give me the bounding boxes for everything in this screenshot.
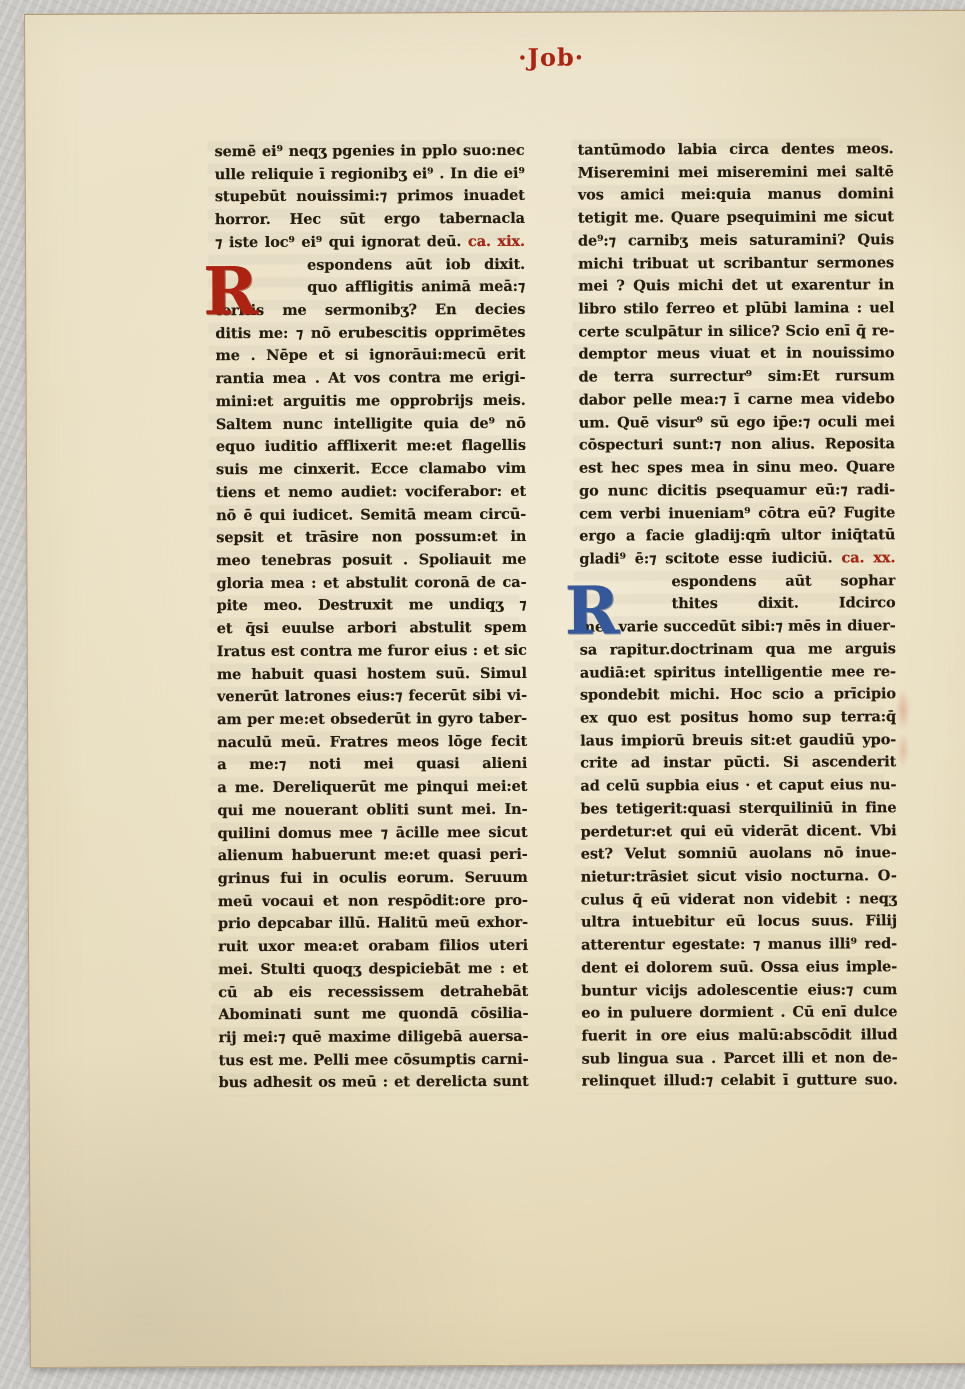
text-line: tiens et nemo audiet: vociferabor: et xyxy=(216,481,526,505)
text-line: me . Nēpe et si ignorāui:mecū erit igno- xyxy=(215,344,525,368)
text-line: tantūmodo labia circa dentes meos. xyxy=(578,138,894,162)
text-line: bus adhesit os meū : et derelicta sunt xyxy=(219,1071,529,1095)
text-line: am per me:et obsederūt in gyro taber- xyxy=(217,708,527,732)
text-line: sa rapitur.doctrinam qua me arguis xyxy=(580,638,896,662)
line-text: bus adhesit os meū : et derelicta sunt xyxy=(219,1073,529,1091)
line-text: ultra intuebitur eū locus suus. Filij ei… xyxy=(581,913,897,935)
text-line: relinquet illud:⁊ celabit ī gutture suo. xyxy=(582,1070,898,1094)
text-line: cem verbi inueniam⁹ cōtra eū? Fugite xyxy=(579,502,895,526)
line-text: Miseremini mei miseremini mei saltē xyxy=(578,163,894,181)
running-title: ·Job· xyxy=(491,42,611,72)
line-text: ruit uxor mea:et orabam filios uteri xyxy=(218,937,528,955)
text-line: quo affligitis animā meā:⁊ at- xyxy=(215,276,525,300)
line-text: pite meo. Destruxit me undiqʒ ⁊ pereo: xyxy=(217,596,527,618)
line-text: ad celū supbia eius · et caput eius nu- xyxy=(580,776,896,794)
line-text: fuerit in ore eius malū:abscōdit illud xyxy=(581,1026,897,1044)
text-line: venerūt latrones eius:⁊ fecerūt sibi vi- xyxy=(217,685,527,709)
text-line: ⁊ iste loc⁹ ei⁹ qui ignorat deū. ca. xix… xyxy=(215,231,525,255)
line-text: certe sculpātur in silice? Scio enī q̄ r… xyxy=(578,322,894,340)
line-text: naculū meū. Fratres meos lōge fecit xyxy=(217,732,527,750)
text-line: ad celū supbia eius · et caput eius nu- xyxy=(580,774,896,798)
text-line: semē ei⁹ neqʒ pgenies in pplo suo:nec xyxy=(215,140,525,164)
text-line: prio depcabar illū. Halitū meū exhor- xyxy=(218,912,528,936)
line-text: meū vocaui et non respōdit:ore pro- xyxy=(218,892,528,910)
line-text: vos amici mei:quia manus domini xyxy=(578,186,894,204)
text-line: et q̄si euulse arbori abstulit spem meā. xyxy=(217,617,527,641)
line-text: ulle reliquie ī regionibʒ ei⁹ . In die e… xyxy=(215,165,525,183)
line-text: libro stilo ferreo et plūbi lamina : uel xyxy=(578,299,894,317)
line-text: thites dixit. Idcirco cogitatōnes xyxy=(672,595,896,617)
text-line: grinus fui in oculis eorum. Seruum xyxy=(218,867,528,891)
line-text: est hec spes mea in sinu meo. Quare er- xyxy=(579,458,895,480)
line-text: michi tribuat ut scribantur sermones xyxy=(578,254,894,272)
text-line: mee varie succedūt sibi:⁊ mēs in diuer- xyxy=(580,615,896,639)
text-line: rantia mea . At vos contra me erigi- xyxy=(216,367,526,391)
chapter-mark: ca. xix. xyxy=(468,233,525,250)
line-text: sepsit et trāsire non possum:et in calle xyxy=(216,528,526,550)
text-line: stupebūt nouissimi:⁊ primos inuadet xyxy=(215,185,525,209)
line-text: a me:⁊ noti mei quasi alieni recesserūt xyxy=(217,755,527,777)
line-text: prio depcabar illū. Halitū meū exhor- xyxy=(218,914,528,932)
line-text: rantia mea . At vos contra me erigi- xyxy=(216,369,526,387)
line-text: ergo a facie gladij:qm̄ ultor iniq̄tatū xyxy=(579,526,895,544)
line-text: am per me:et obsederūt in gyro taber- xyxy=(217,710,527,728)
text-line: ruit uxor mea:et orabam filios uteri xyxy=(218,935,528,959)
text-line: me habuit quasi hostem suū. Simul xyxy=(217,662,527,686)
text-line: naculū meū. Fratres meos lōge fecit xyxy=(217,730,527,754)
line-text: buntur vicijs adolescentie eius:⁊ cum xyxy=(581,981,897,999)
text-line: espondens aūt iob dixit. Vsque- xyxy=(215,253,525,277)
text-column-right: tantūmodo labia circa dentes meos.Misere… xyxy=(578,138,898,1094)
text-line: qui me nouerant obliti sunt mei. In- xyxy=(217,799,527,823)
text-line: michi tribuat ut scribantur sermones xyxy=(578,252,894,276)
text-line: ergo a facie gladij:qm̄ ultor iniq̄tatū xyxy=(579,524,895,548)
line-text: gladi⁹ ē:⁊ scitote esse iudiciū. xyxy=(579,549,832,567)
text-line: culus q̄ eū viderat non videbit : neqʒ xyxy=(581,888,897,912)
chapter-mark: ca. xx. xyxy=(841,549,895,566)
text-line: rij mei:⁊ quē maxime diligebā auersa- xyxy=(218,1026,528,1050)
line-text: espondens aūt sophar naama- xyxy=(671,572,895,594)
line-text: suis me cinxerit. Ecce clamabo vim pa- xyxy=(216,460,526,482)
line-text: mei ? Quis michi det ut exarentur in xyxy=(578,277,894,295)
line-text: cōspecturi sunt:⁊ non alius. Reposita xyxy=(579,436,895,454)
text-line: perdetur:et qui eū viderāt dicent. Vbi xyxy=(581,820,897,844)
text-line: ultra intuebitur eū locus suus. Filij ei… xyxy=(581,911,897,935)
line-text: relinquet illud:⁊ celabit ī gutture suo. xyxy=(582,1072,898,1090)
line-text: nietur:trāsiet sicut visio nocturna. O- xyxy=(581,867,897,885)
line-text: stupebūt nouissimi:⁊ primos inuadet xyxy=(215,187,525,205)
line-text: ditis me: ⁊ nō erubescitis opprimētes xyxy=(215,324,525,342)
line-text: go nunc dicitis psequamur eū:⁊ radi- xyxy=(579,481,895,499)
line-text: horror. Hec sūt ergo tabernacla iniqui: xyxy=(215,210,525,232)
text-line: horror. Hec sūt ergo tabernacla iniqui: xyxy=(215,208,525,232)
line-text: tiens et nemo audiet: vociferabor: et xyxy=(216,483,526,501)
text-line: dabor pelle mea:⁊ ī carne mea videbo de- xyxy=(579,388,895,412)
text-line: Saltem nunc intelligite quia de⁹ nō xyxy=(216,412,526,436)
line-text: spondebit michi. Hoc scio a prīcipio xyxy=(580,685,896,703)
line-text: quilini domus mee ⁊ ācille mee sicut xyxy=(218,823,528,841)
line-text: Iratus est contra me furor eius : et sic xyxy=(217,642,527,660)
text-line: tus est me. Pelli mee cōsumptis carni- xyxy=(219,1049,529,1073)
text-line: espondens aūt sophar naama- xyxy=(579,570,895,594)
line-text: tetigit me. Quare psequimini me sicut xyxy=(578,208,894,226)
line-text: sub lingua sua . Parcet illi et non de- xyxy=(582,1049,898,1067)
line-text: et q̄si euulse arbori abstulit spem meā. xyxy=(217,619,527,641)
line-text: cū ab eis recessissem detrahebāt michi. xyxy=(218,982,528,1004)
line-text: de⁹:⁊ carnibʒ meis saturamini? Quis xyxy=(578,231,894,249)
text-line: de terra surrectur⁹ sim:Et rursum circū- xyxy=(579,365,895,389)
line-text: semē ei⁹ neqʒ pgenies in pplo suo:nec xyxy=(215,142,525,160)
text-line: de⁹:⁊ carnibʒ meis saturamini? Quis xyxy=(578,229,894,253)
line-text: dabor pelle mea:⁊ ī carne mea videbo de- xyxy=(579,390,895,412)
text-line: pite meo. Destruxit me undiqʒ ⁊ pereo: xyxy=(217,594,527,618)
line-text: gloria mea : et abstulit coronā de ca- xyxy=(216,573,526,591)
text-line: eo in puluere dormient . Cū enī dulce xyxy=(581,1002,897,1026)
text-line: alienum habuerunt me:et quasi peri- xyxy=(218,844,528,868)
line-text: ⁊ iste loc⁹ ei⁹ qui ignorat deū. xyxy=(215,233,461,251)
line-text: cem verbi inueniam⁹ cōtra eū? Fugite xyxy=(579,504,895,522)
line-text: a me. Dereliquerūt me pinqui mei:et xyxy=(217,778,527,796)
text-line: suis me cinxerit. Ecce clamabo vim pa- xyxy=(216,458,526,482)
line-text: quo affligitis animā meā:⁊ at- xyxy=(307,278,525,300)
text-line: nietur:trāsiet sicut visio nocturna. O- xyxy=(581,865,897,889)
text-line: gladi⁹ ē:⁊ scitote esse iudiciū. ca. xx. xyxy=(579,547,895,571)
text-line: Iratus est contra me furor eius : et sic xyxy=(217,640,527,664)
line-text: um. Quē visur⁹ sū ego ip̄e:⁊ oculi mei xyxy=(579,413,895,431)
rubricated-initial-blue: R xyxy=(564,577,619,643)
text-line: mei. Stulti quoqʒ despiciebāt me : et xyxy=(218,958,528,982)
text-line: mei ? Quis michi det ut exarentur in xyxy=(578,275,894,299)
text-line: sepsit et trāsire non possum:et in calle xyxy=(216,526,526,550)
line-text: crite ad instar pūcti. Si ascenderit usq… xyxy=(580,754,896,776)
line-text: qui me nouerant obliti sunt mei. In- xyxy=(217,801,527,819)
line-text: tantūmodo labia circa dentes meos. xyxy=(578,140,894,158)
line-text: Abominati sunt me quondā cōsilia- xyxy=(218,1005,528,1023)
text-line: cū ab eis recessissem detrahebāt michi. xyxy=(218,980,528,1004)
text-line: Miseremini mei miseremini mei saltē xyxy=(578,161,894,185)
text-line: gloria mea : et abstulit coronā de ca- xyxy=(216,571,526,595)
line-text: mee varie succedūt sibi:⁊ mēs in diuer- xyxy=(580,617,896,635)
text-line: spondebit michi. Hoc scio a prīcipio xyxy=(580,683,896,707)
photo-background: ·Job· semē ei⁹ neqʒ pgenies in pplo suo:… xyxy=(0,0,965,1389)
text-line: sub lingua sua . Parcet illi et non de- xyxy=(582,1047,898,1071)
text-line: teritis me sermonibʒ? En decies cōfun- xyxy=(215,299,525,323)
text-line: meū vocaui et non respōdit:ore pro- xyxy=(218,890,528,914)
text-line: ditis me: ⁊ nō erubescitis opprimētes xyxy=(215,322,525,346)
line-text: laus impiorū breuis sit:et gaudiū ypo- xyxy=(580,731,896,749)
line-text: teritis me sermonibʒ? En decies cōfun- xyxy=(215,301,525,323)
text-line: laus impiorū breuis sit:et gaudiū ypo- xyxy=(580,729,896,753)
line-text: me . Nēpe et si ignorāui:mecū erit igno- xyxy=(215,346,525,368)
line-text: Saltem nunc intelligite quia de⁹ nō xyxy=(216,414,526,432)
text-line: um. Quē visur⁹ sū ego ip̄e:⁊ oculi mei xyxy=(579,411,895,435)
text-line: nō ē qui iudicet. Semitā meam circū- xyxy=(216,503,526,527)
line-text: perdetur:et qui eū viderāt dicent. Vbi xyxy=(581,822,897,840)
line-text: mei. Stulti quoqʒ despiciebāt me : et xyxy=(218,960,528,978)
line-text: demptor meus viuat et in nouissimo xyxy=(578,345,894,363)
text-line: cōspecturi sunt:⁊ non alius. Reposita xyxy=(579,434,895,458)
text-line: atterentur egestate: ⁊ manus illi⁹ red- xyxy=(581,933,897,957)
text-line: a me. Dereliquerūt me pinqui mei:et xyxy=(217,776,527,800)
line-text: dent ei dolorem suū. Ossa eius imple- xyxy=(581,958,897,976)
red-margin-show-through xyxy=(892,687,914,777)
text-line: fuerit in ore eius malū:abscōdit illud xyxy=(581,1024,897,1048)
line-text: alienum habuerunt me:et quasi peri- xyxy=(218,846,528,864)
line-text: nō ē qui iudicet. Semitā meam circū- xyxy=(216,505,526,523)
text-line: demptor meus viuat et in nouissimo xyxy=(578,343,894,367)
text-line: crite ad instar pūcti. Si ascenderit usq… xyxy=(580,752,896,776)
text-line: ex quo est positus homo sup terra:q̄ xyxy=(580,706,896,730)
line-text: eo in puluere dormient . Cū enī dulce xyxy=(581,1004,897,1022)
text-line: audiā:et spiritus intelligentie mee re- xyxy=(580,661,896,685)
manuscript-leaf: ·Job· semē ei⁹ neqʒ pgenies in pplo suo:… xyxy=(24,10,965,1368)
text-line: vos amici mei:quia manus domini xyxy=(578,184,894,208)
text-line: Abominati sunt me quondā cōsilia- xyxy=(218,1003,528,1027)
line-text: est? Velut somniū auolans nō inue- xyxy=(581,844,897,862)
text-line: libro stilo ferreo et plūbi lamina : uel xyxy=(578,297,894,321)
line-text: bes tetigerit:quasi sterquiliniū in fine xyxy=(580,799,896,817)
line-text: culus q̄ eū viderat non videbit : neqʒ xyxy=(581,890,897,908)
line-text: me habuit quasi hostem suū. Simul xyxy=(217,664,527,682)
line-text: mini:et arguitis me opprobrijs meis. xyxy=(216,392,526,410)
text-column-left: semē ei⁹ neqʒ pgenies in pplo suo:necull… xyxy=(215,140,529,1096)
line-text: espondens aūt iob dixit. Vsque- xyxy=(307,255,525,277)
line-text: ex quo est positus homo sup terra:q̄ xyxy=(580,708,896,726)
rubricated-initial-red: R xyxy=(203,258,258,324)
line-text: atterentur egestate: ⁊ manus illi⁹ red- xyxy=(581,935,897,953)
text-line: bes tetigerit:quasi sterquiliniū in fine xyxy=(580,797,896,821)
line-text: venerūt latrones eius:⁊ fecerūt sibi vi- xyxy=(217,687,527,705)
text-line: ulle reliquie ī regionibʒ ei⁹ . In die e… xyxy=(215,163,525,187)
text-line: thites dixit. Idcirco cogitatōnes xyxy=(580,593,896,617)
line-text: rij mei:⁊ quē maxime diligebā auersa- xyxy=(218,1028,528,1046)
line-text: grinus fui in oculis eorum. Seruum xyxy=(218,869,528,887)
text-line: mini:et arguitis me opprobrijs meis. xyxy=(216,390,526,414)
text-line: go nunc dicitis psequamur eū:⁊ radi- xyxy=(579,479,895,503)
text-line: est? Velut somniū auolans nō inue- xyxy=(581,842,897,866)
text-line: certe sculpātur in silice? Scio enī q̄ r… xyxy=(578,320,894,344)
text-line: quilini domus mee ⁊ ācille mee sicut xyxy=(218,821,528,845)
line-text: sa rapitur.doctrinam qua me arguis xyxy=(580,640,896,658)
line-text: de terra surrectur⁹ sim:Et rursum circū- xyxy=(579,367,895,389)
text-line: tetigit me. Quare psequimini me sicut xyxy=(578,206,894,230)
text-line: est hec spes mea in sinu meo. Quare er- xyxy=(579,456,895,480)
line-text: meo tenebras posuit . Spoliauit me xyxy=(216,551,526,569)
line-text: equo iuditio afflixerit me:et flagellis xyxy=(216,437,526,455)
line-text: audiā:et spiritus intelligentie mee re- xyxy=(580,663,896,681)
text-line: a me:⁊ noti mei quasi alieni recesserūt xyxy=(217,753,527,777)
text-line: dent ei dolorem suū. Ossa eius imple- xyxy=(581,956,897,980)
text-line: meo tenebras posuit . Spoliauit me xyxy=(216,549,526,573)
line-text: tus est me. Pelli mee cōsumptis carni- xyxy=(219,1051,529,1069)
text-line: buntur vicijs adolescentie eius:⁊ cum xyxy=(581,979,897,1003)
text-line: equo iuditio afflixerit me:et flagellis xyxy=(216,435,526,459)
